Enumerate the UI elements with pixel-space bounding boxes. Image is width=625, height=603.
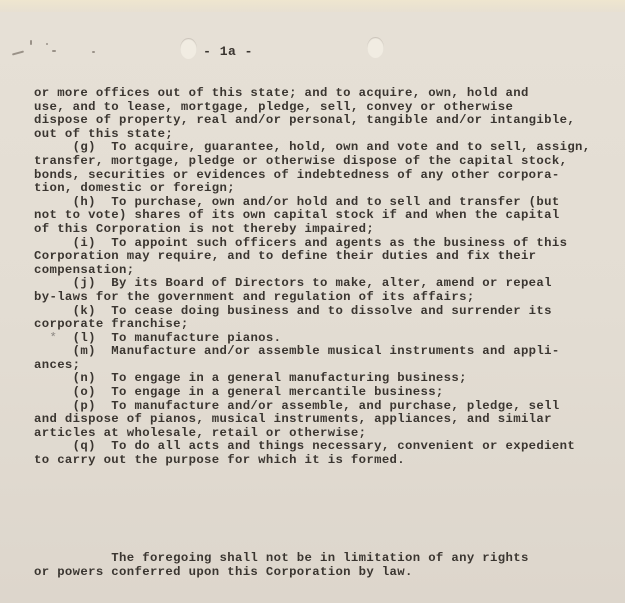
footer-line: The foregoing shall not be in limitation… [34, 551, 624, 565]
asterisk-mark-icon: * [49, 331, 72, 345]
page-number: - 1a - [198, 44, 258, 59]
text-line: by-laws for the government and regulatio… [34, 291, 624, 305]
text-line: (m) Manufacture and/or assemble musical … [34, 345, 624, 359]
text-line: dispose of property, real and/or persona… [34, 114, 624, 128]
text-line: to carry out the purpose for which it is… [34, 454, 624, 468]
text-line: and dispose of pianos, musical instrumen… [34, 413, 624, 427]
text-line: (k) To cease doing business and to disso… [34, 305, 624, 319]
stray-marks [10, 40, 100, 60]
text-line: Corporation may require, and to define t… [34, 250, 624, 264]
text-line: (q) To do all acts and things necessary,… [34, 440, 624, 454]
punch-hole [180, 38, 197, 59]
footer-text: The foregoing shall not be in limitation… [34, 551, 624, 578]
punch-hole [367, 37, 384, 58]
text-line: (j) By its Board of Directors to make, a… [34, 277, 624, 291]
text-line: compensation; [34, 264, 624, 278]
text-line: (o) To engage in a general mercantile bu… [34, 386, 624, 400]
text-line: not to vote) shares of its own capital s… [34, 209, 624, 223]
text-line: use, and to lease, mortgage, pledge, sel… [34, 101, 624, 115]
text-line: (p) To manufacture and/or assemble, and … [34, 400, 624, 414]
text-line: (i) To appoint such officers and agents … [34, 237, 624, 251]
text-line: (n) To engage in a general manufacturing… [34, 372, 624, 386]
text-line: (g) To acquire, guarantee, hold, own and… [34, 141, 624, 155]
text-line: ances; [34, 359, 624, 373]
text-line: or more offices out of this state; and t… [34, 87, 624, 101]
text-line: * (l) To manufacture pianos. [34, 332, 624, 346]
footer-line: or powers conferred upon this Corporatio… [34, 565, 624, 579]
body-text: or more offices out of this state; and t… [34, 87, 624, 468]
text-line: (h) To purchase, own and/or hold and to … [34, 196, 624, 210]
text-line: of this Corporation is not thereby impai… [34, 223, 624, 237]
text-line: tion, domestic or foreign; [34, 182, 624, 196]
text-line: transfer, mortgage, pledge or otherwise … [34, 155, 624, 169]
text-line: out of this state; [34, 128, 624, 142]
text-line: bonds, securities or evidences of indebt… [34, 169, 624, 183]
text-line: articles at wholesale, retail or otherwi… [34, 427, 624, 441]
text-line: corporate franchise; [34, 318, 624, 332]
